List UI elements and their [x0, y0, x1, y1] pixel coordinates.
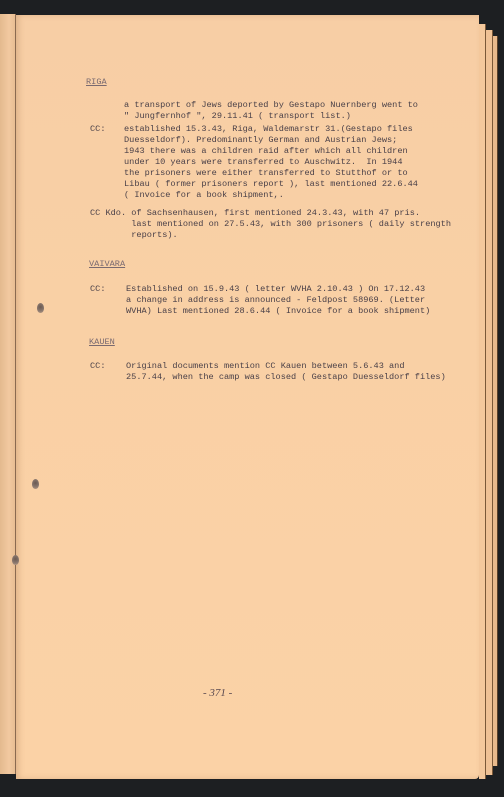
scanned-document: RIGA a transport of Jews deported by Ges…: [0, 0, 504, 797]
page-stack-edge: [493, 36, 498, 766]
binding-hole-icon: [12, 555, 19, 565]
vaivara-cc-paragraph: Established on 15.9.43 ( letter WVHA 2.1…: [126, 284, 430, 317]
binding-hole-icon: [37, 303, 44, 313]
binding-hole-icon: [32, 479, 39, 489]
page-number: - 371 -: [203, 687, 232, 699]
riga-cc-paragraph: established 15.3.43, Riga, Waldemarstr 3…: [124, 124, 418, 201]
page-stack-edge: [479, 24, 486, 779]
page-stack-edge: [486, 30, 493, 775]
riga-kdo-paragraph: CC Kdo. of Sachsenhausen, first mentione…: [90, 208, 451, 241]
section-heading-vaivara: VAIVARA: [89, 259, 125, 270]
facing-page-edge: [0, 14, 16, 774]
vaivara-cc-label: CC:: [90, 284, 105, 295]
kauen-cc-label: CC:: [90, 361, 105, 372]
section-heading-riga: RIGA: [86, 77, 107, 88]
document-page: RIGA a transport of Jews deported by Ges…: [16, 15, 479, 779]
kauen-cc-paragraph: Original documents mention CC Kauen betw…: [126, 361, 446, 383]
section-heading-kauen: KAUEN: [89, 337, 115, 348]
riga-transport-paragraph: a transport of Jews deported by Gestapo …: [124, 100, 418, 122]
riga-cc-label: CC:: [90, 124, 105, 135]
